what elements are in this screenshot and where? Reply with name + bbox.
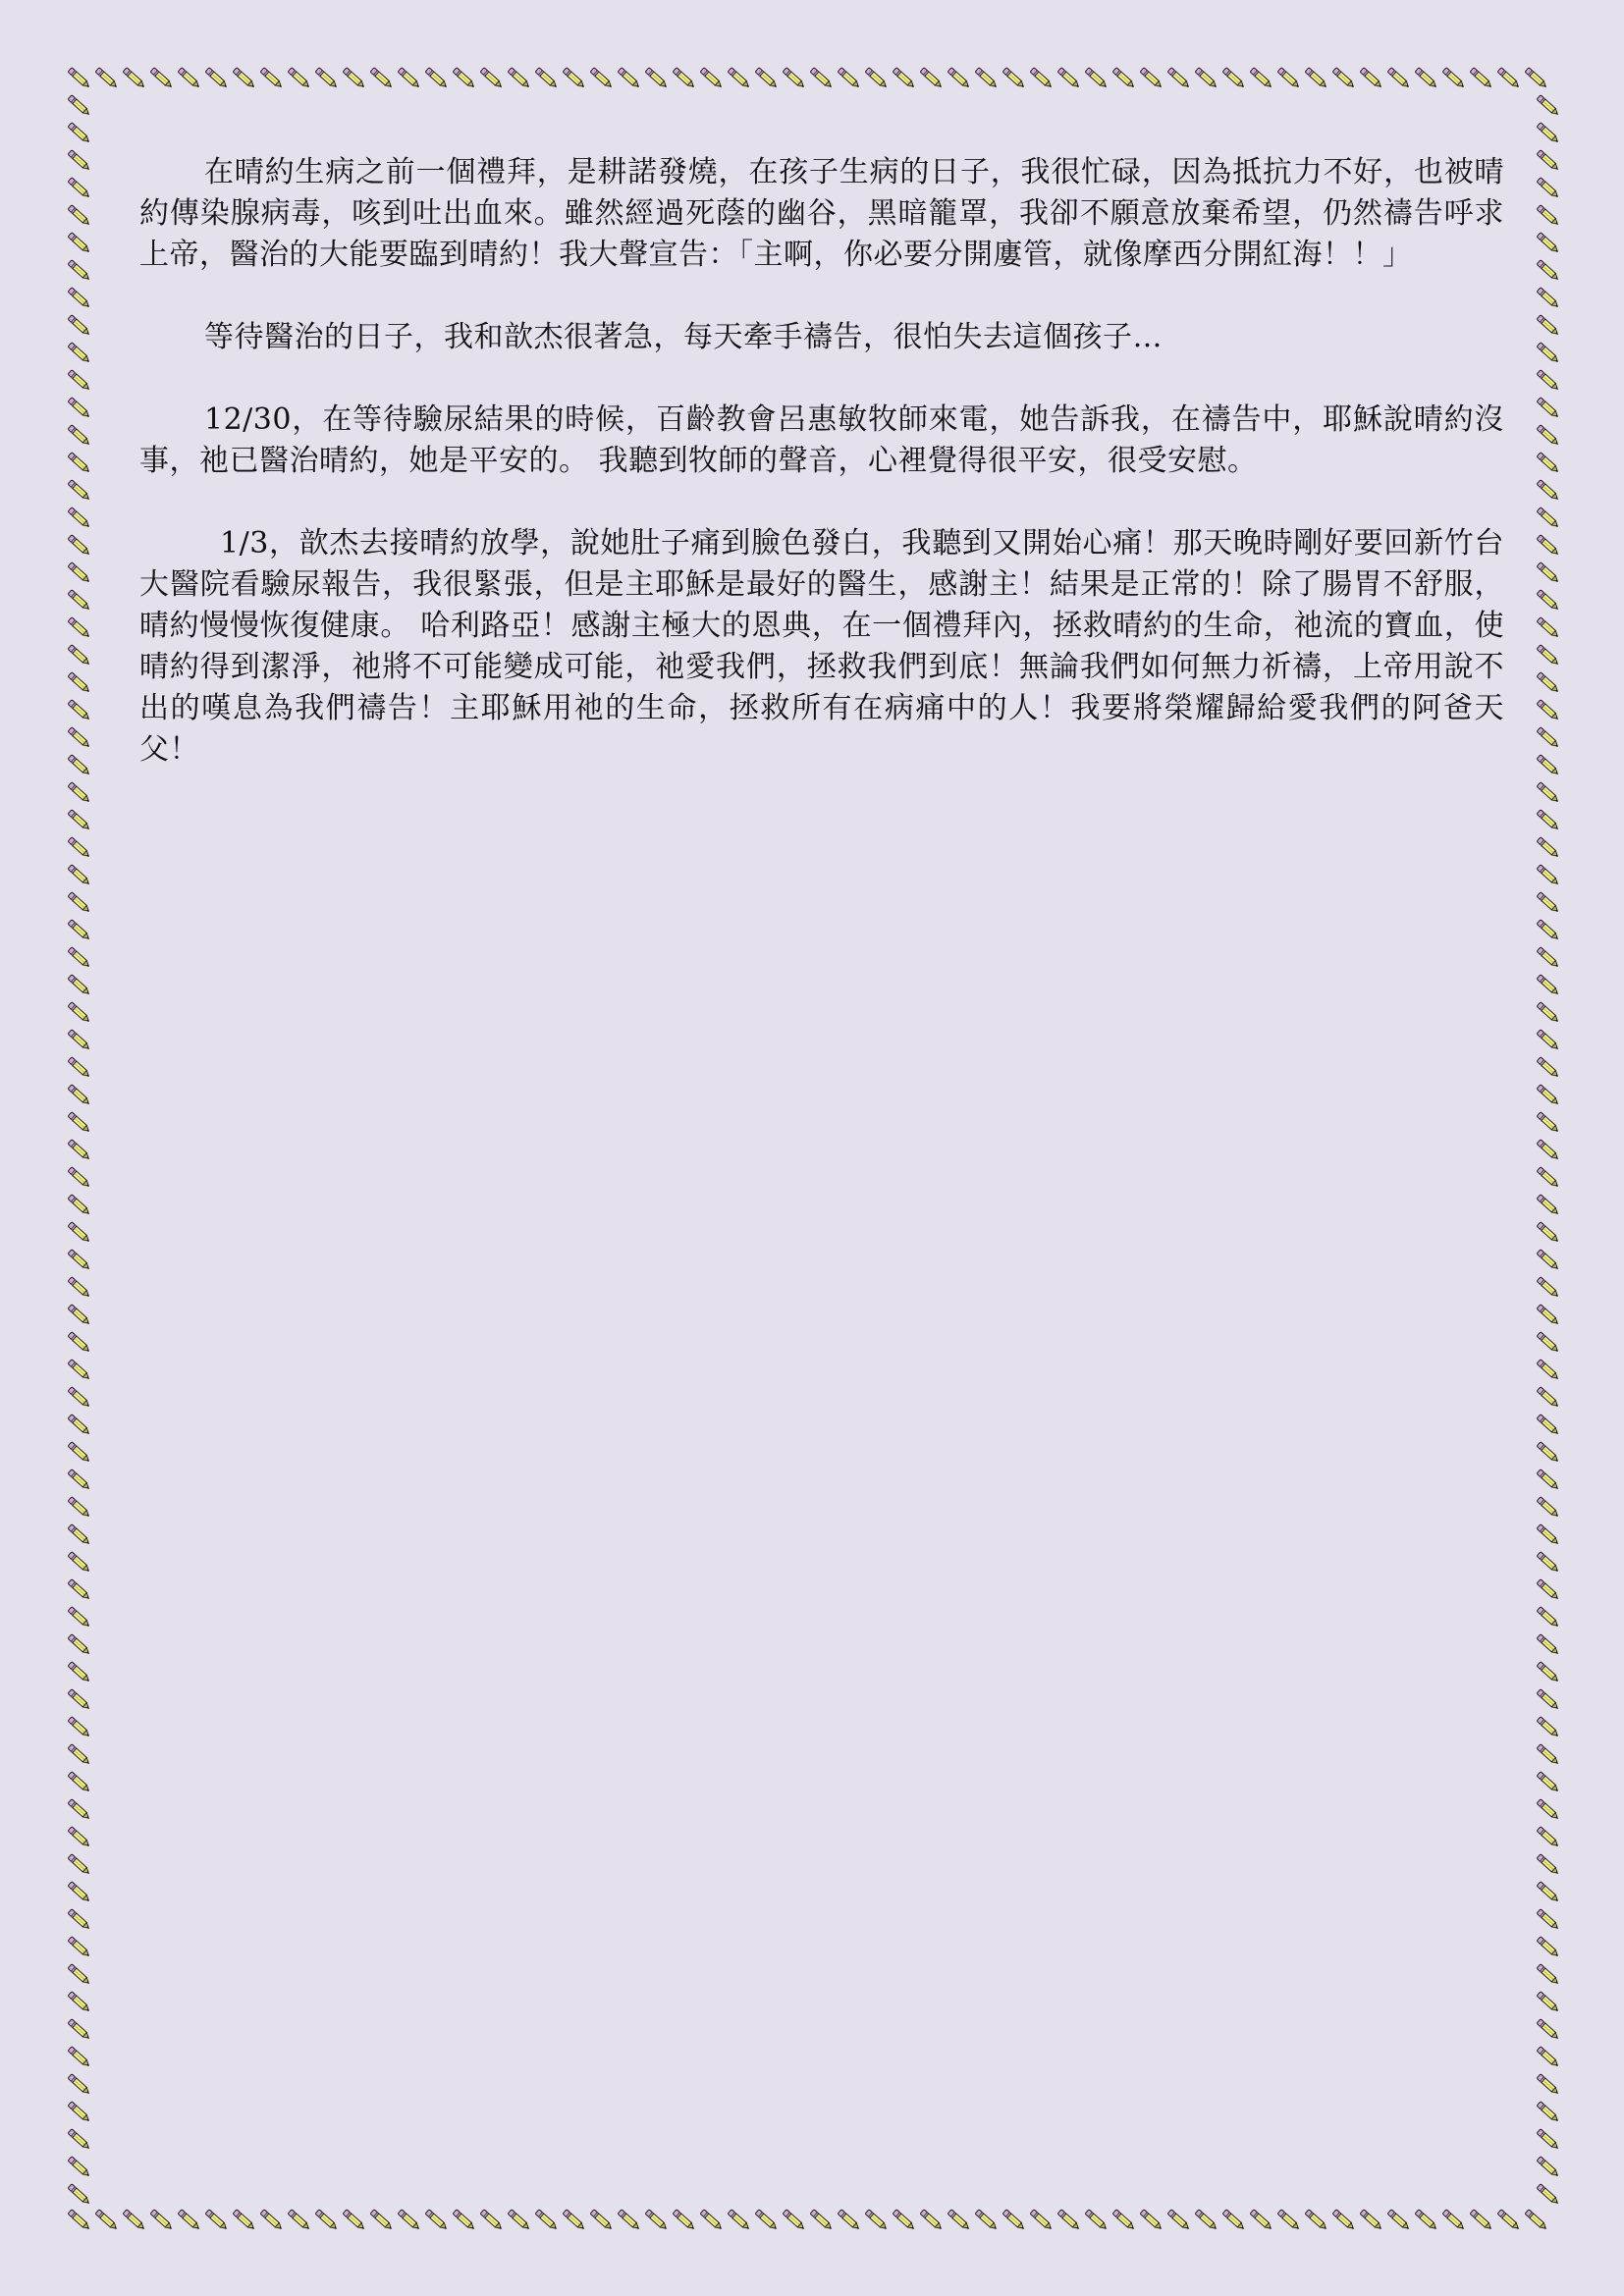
- pencil-icon: [65, 1219, 92, 1245]
- pencil-icon: [65, 367, 92, 393]
- pencil-icon: [890, 65, 917, 90]
- pencil-icon: [1534, 1494, 1561, 1520]
- pencil-icon: [780, 2207, 807, 2232]
- pencil-icon: [120, 65, 147, 90]
- pencil-icon: [65, 65, 92, 90]
- pencil-icon: [65, 1714, 92, 1739]
- pencil-icon: [1534, 395, 1561, 420]
- pencil-icon: [65, 202, 92, 228]
- pencil-icon: [65, 450, 92, 475]
- pencil-icon: [1534, 779, 1561, 805]
- pencil-icon: [972, 65, 1000, 90]
- pencil-icon: [1534, 724, 1561, 750]
- pencil-icon: [65, 779, 92, 805]
- pencil-icon: [65, 917, 92, 942]
- pencil-icon: [1329, 2207, 1357, 2232]
- pencil-icon: [1534, 1274, 1561, 1300]
- pencil-icon: [65, 505, 92, 530]
- pencil-icon: [1534, 1604, 1561, 1629]
- pencil-icon: [1534, 1054, 1561, 1080]
- pencil-icon: [807, 2207, 835, 2232]
- pencil-icon: [1534, 1329, 1561, 1355]
- pencil-icon: [92, 2207, 120, 2232]
- pencil-icon: [1534, 1741, 1561, 1767]
- pencil-icon: [1534, 1467, 1561, 1492]
- pencil-icon: [65, 1027, 92, 1052]
- pencil-icon: [560, 2207, 587, 2232]
- pencil-icon: [477, 65, 505, 90]
- pencil-icon: [1534, 312, 1561, 338]
- pencil-icon: [422, 65, 450, 90]
- pencil-icon: [1534, 147, 1561, 173]
- pencil-icon: [65, 1686, 92, 1712]
- pencil-icon: [1534, 917, 1561, 942]
- pencil-icon: [230, 65, 257, 90]
- pencil-icon: [1534, 1192, 1561, 1217]
- pencil-icon: [230, 2207, 257, 2232]
- pencil-icon: [65, 422, 92, 448]
- pencil-icon: [65, 395, 92, 420]
- paragraph-4: 1/3，歆杰去接晴約放學，說她肚子痛到臉色發白，我聽到又開始心痛！那天晚時剛好要…: [139, 523, 1504, 771]
- pencil-icon: [65, 1824, 92, 1849]
- pencil-icon: [1534, 202, 1561, 228]
- pencil-icon: [532, 2207, 560, 2232]
- pencil-icon: [1534, 999, 1561, 1025]
- pencil-icon: [1534, 1934, 1561, 1959]
- pencil-icon: [1534, 1109, 1561, 1135]
- pencil-icon: [65, 1522, 92, 1547]
- pencil-icon: [65, 642, 92, 667]
- pencil-icon: [972, 2207, 1000, 2232]
- paragraph-1: 在晴約生病之前一個禮拜，是耕諾發燒，在孩子生病的日子，我很忙碌，因為抵抗力不好，…: [139, 152, 1504, 276]
- pencil-icon: [1534, 2016, 1561, 2042]
- pencil-icon: [1164, 2207, 1192, 2232]
- pencil-icon: [65, 1164, 92, 1190]
- pencil-icon: [65, 1961, 92, 1987]
- pencil-icon: [65, 1192, 92, 1217]
- pencil-icon: [65, 2126, 92, 2152]
- pencil-icon: [65, 257, 92, 283]
- pencil-icon: [1534, 944, 1561, 970]
- pencil-icon: [1412, 65, 1439, 90]
- pencil-icon: [65, 560, 92, 585]
- pencil-icon: [1192, 65, 1219, 90]
- pencil-icon: [1522, 65, 1549, 90]
- pencil-icon: [477, 2207, 505, 2232]
- pencil-icon: [65, 1357, 92, 1382]
- pencil-icon: [1534, 422, 1561, 448]
- pencil-icon: [65, 1439, 92, 1465]
- pencil-icon: [1110, 65, 1137, 90]
- pencil-icon: [1357, 65, 1384, 90]
- pencil-icon: [1219, 65, 1247, 90]
- pencil-icon: [65, 2154, 92, 2179]
- paragraph-3: 12/30，在等待驗尿結果的時候，百齡教會呂惠敏牧師來電，她告訴我，在禱告中，耶…: [139, 400, 1504, 482]
- pencil-icon: [65, 230, 92, 255]
- pencil-icon: [1467, 65, 1494, 90]
- pencil-icon: [1522, 2207, 1549, 2232]
- pencil-icon: [1302, 65, 1329, 90]
- pencil-icon: [1534, 972, 1561, 997]
- pencil-icon: [65, 697, 92, 722]
- pencil-icon: [890, 2207, 917, 2232]
- pencil-icon: [615, 2207, 642, 2232]
- pencil-icon: [1534, 1522, 1561, 1547]
- pencil-icon: [65, 1054, 92, 1080]
- pencil-icon: [1534, 2071, 1561, 2097]
- pencil-icon: [1534, 1769, 1561, 1794]
- pencil-icon: [65, 2207, 92, 2232]
- pencil-icon: [1164, 65, 1192, 90]
- pencil-icon: [65, 285, 92, 310]
- pencil-icon: [587, 65, 615, 90]
- pencil-icon: [1467, 2207, 1494, 2232]
- pencil-icon: [1534, 367, 1561, 393]
- pencil-icon: [340, 65, 367, 90]
- pencil-icon: [1534, 1219, 1561, 1245]
- pencil-icon: [1534, 1631, 1561, 1657]
- pencil-icon: [1534, 1384, 1561, 1410]
- pencil-icon: [65, 862, 92, 887]
- pencil-icon: [1534, 175, 1561, 200]
- pencil-icon: [65, 477, 92, 503]
- pencil-icon: [65, 1274, 92, 1300]
- pencil-icon: [1274, 65, 1302, 90]
- pencil-icon: [147, 2207, 175, 2232]
- pencil-icon: [120, 2207, 147, 2232]
- pencil-icon: [532, 65, 560, 90]
- pencil-icon: [65, 1082, 92, 1107]
- pencil-icon: [1219, 2207, 1247, 2232]
- pencil-icon: [367, 2207, 395, 2232]
- pencil-icon: [65, 807, 92, 832]
- pencil-icon: [1534, 614, 1561, 640]
- pencil-icon: [65, 532, 92, 558]
- pencil-icon: [1534, 1549, 1561, 1575]
- pencil-icon: [65, 92, 92, 118]
- pencil-icon: [1000, 65, 1027, 90]
- pencil-icon: [1534, 1851, 1561, 1877]
- pencil-icon: [1329, 65, 1357, 90]
- pencil-icon: [1534, 697, 1561, 722]
- pencil-icon: [725, 2207, 752, 2232]
- pencil-icon: [65, 1384, 92, 1410]
- pencil-icon: [1534, 477, 1561, 503]
- pencil-icon: [65, 724, 92, 750]
- pencil-icon: [807, 65, 835, 90]
- pencil-icon: [1534, 505, 1561, 530]
- pencil-icon: [1534, 1686, 1561, 1712]
- pencil-icon: [1534, 2126, 1561, 2152]
- pencil-icon: [65, 2099, 92, 2124]
- pencil-icon: [65, 1989, 92, 2014]
- pencil-icon: [65, 1576, 92, 1602]
- pencil-icon: [1082, 2207, 1110, 2232]
- pencil-icon: [422, 2207, 450, 2232]
- pencil-icon: [65, 1631, 92, 1657]
- pencil-icon: [1534, 1439, 1561, 1465]
- pencil-icon: [257, 2207, 285, 2232]
- pencil-icon: [945, 2207, 972, 2232]
- pencil-icon: [505, 2207, 532, 2232]
- pencil-icon: [65, 1604, 92, 1629]
- pencil-icon: [65, 834, 92, 860]
- pencil-icon: [450, 65, 477, 90]
- pencil-icon: [65, 147, 92, 173]
- pencil-icon: [1534, 1796, 1561, 1822]
- pencil-icon: [752, 65, 780, 90]
- pencil-icon: [65, 312, 92, 338]
- pencil-icon: [65, 1247, 92, 1272]
- pencil-icon: [1534, 1412, 1561, 1437]
- pencil-icon: [65, 587, 92, 613]
- pencil-icon: [835, 2207, 862, 2232]
- pencil-icon: [450, 2207, 477, 2232]
- pencil-icon: [1000, 2207, 1027, 2232]
- pencil-icon: [65, 669, 92, 695]
- pencil-icon: [1534, 560, 1561, 585]
- pencil-icon: [1534, 1164, 1561, 1190]
- pencil-icon: [1055, 2207, 1082, 2232]
- paragraph-2: 等待醫治的日子，我和歆杰很著急，每天牽手禱告，很怕失去這個孩子…: [139, 317, 1504, 358]
- pencil-icon: [1027, 2207, 1055, 2232]
- pencil-icon: [752, 2207, 780, 2232]
- pencil-icon: [1247, 2207, 1274, 2232]
- pencil-icon: [1384, 2207, 1412, 2232]
- pencil-icon: [65, 1769, 92, 1794]
- pencil-icon: [1357, 2207, 1384, 2232]
- pencil-icon: [1534, 450, 1561, 475]
- pencil-icon: [1534, 1906, 1561, 1932]
- pencil-icon: [1534, 1302, 1561, 1327]
- pencil-icon: [1534, 92, 1561, 118]
- document-body: 在晴約生病之前一個禮拜，是耕諾發燒，在孩子生病的日子，我很忙碌，因為抵抗力不好，…: [139, 152, 1504, 812]
- pencil-icon: [1534, 230, 1561, 255]
- pencil-icon: [945, 65, 972, 90]
- pencil-icon: [1534, 1961, 1561, 1987]
- pencil-icon: [1534, 752, 1561, 777]
- pencil-icon: [175, 2207, 202, 2232]
- pencil-icon: [65, 1659, 92, 1684]
- pencil-icon: [65, 614, 92, 640]
- pencil-icon: [917, 65, 945, 90]
- pencil-icon: [312, 2207, 340, 2232]
- pencil-icon: [395, 2207, 422, 2232]
- pencil-icon: [175, 65, 202, 90]
- pencil-icon: [670, 2207, 697, 2232]
- pencil-icon: [780, 65, 807, 90]
- pencil-icon: [312, 65, 340, 90]
- pencil-icon: [1534, 1027, 1561, 1052]
- pencil-icon: [65, 1906, 92, 1932]
- pencil-icon: [505, 65, 532, 90]
- pencil-icon: [1534, 285, 1561, 310]
- pencil-icon: [1534, 834, 1561, 860]
- pencil-icon: [560, 65, 587, 90]
- pencil-icon: [670, 65, 697, 90]
- pencil-icon: [65, 1934, 92, 1959]
- pencil-icon: [65, 1329, 92, 1355]
- pencil-icon: [202, 2207, 230, 2232]
- pencil-icon: [1412, 2207, 1439, 2232]
- pencil-icon: [1534, 862, 1561, 887]
- pencil-icon: [65, 2016, 92, 2042]
- pencil-icon: [367, 65, 395, 90]
- pencil-icon: [1534, 532, 1561, 558]
- pencil-icon: [65, 1796, 92, 1822]
- pencil-icon: [65, 175, 92, 200]
- pencil-icon: [65, 1851, 92, 1877]
- pencil-icon: [1534, 1989, 1561, 2014]
- pencil-icon: [1192, 2207, 1219, 2232]
- pencil-icon: [1274, 2207, 1302, 2232]
- pencil-icon: [1534, 889, 1561, 915]
- pencil-icon: [65, 1302, 92, 1327]
- pencil-icon: [1534, 1137, 1561, 1162]
- pencil-icon: [65, 340, 92, 365]
- pencil-icon: [1534, 1879, 1561, 1904]
- pencil-icon: [587, 2207, 615, 2232]
- pencil-icon: [862, 2207, 890, 2232]
- pencil-icon: [697, 2207, 725, 2232]
- pencil-icon: [1534, 1082, 1561, 1107]
- pencil-icon: [1534, 340, 1561, 365]
- pencil-icon: [65, 1549, 92, 1575]
- pencil-icon: [1534, 2099, 1561, 2124]
- pencil-icon: [835, 65, 862, 90]
- pencil-icon: [285, 65, 312, 90]
- pencil-icon: [1534, 2154, 1561, 2179]
- pencil-icon: [65, 120, 92, 145]
- pencil-icon: [1534, 120, 1561, 145]
- pencil-icon: [1534, 642, 1561, 667]
- pencil-icon: [1110, 2207, 1137, 2232]
- pencil-icon: [1534, 1659, 1561, 1684]
- pencil-icon: [65, 1467, 92, 1492]
- pencil-icon: [92, 65, 120, 90]
- pencil-icon: [65, 944, 92, 970]
- pencil-icon: [1534, 257, 1561, 283]
- pencil-icon: [1534, 2181, 1561, 2207]
- pencil-icon: [1302, 2207, 1329, 2232]
- pencil-icon: [1534, 669, 1561, 695]
- pencil-icon: [65, 1137, 92, 1162]
- pencil-icon: [1534, 587, 1561, 613]
- pencil-icon: [65, 2071, 92, 2097]
- pencil-icon: [1137, 2207, 1164, 2232]
- pencil-icon: [65, 999, 92, 1025]
- pencil-icon: [1534, 1824, 1561, 1849]
- pencil-icon: [1534, 1576, 1561, 1602]
- pencil-icon: [257, 65, 285, 90]
- pencil-icon: [65, 1494, 92, 1520]
- pencil-icon: [1384, 65, 1412, 90]
- pencil-icon: [395, 65, 422, 90]
- pencil-icon: [697, 65, 725, 90]
- pencil-icon: [1534, 1247, 1561, 1272]
- pencil-icon: [1494, 2207, 1522, 2232]
- pencil-icon: [65, 1109, 92, 1135]
- pencil-icon: [65, 2181, 92, 2207]
- pencil-icon: [1137, 65, 1164, 90]
- pencil-icon: [1439, 2207, 1467, 2232]
- pencil-icon: [65, 1879, 92, 1904]
- pencil-icon: [1082, 65, 1110, 90]
- pencil-icon: [1439, 65, 1467, 90]
- pencil-icon: [1534, 1714, 1561, 1739]
- pencil-icon: [615, 65, 642, 90]
- pencil-icon: [1534, 2044, 1561, 2069]
- pencil-icon: [340, 2207, 367, 2232]
- pencil-icon: [1534, 1357, 1561, 1382]
- pencil-icon: [1247, 65, 1274, 90]
- pencil-icon: [65, 889, 92, 915]
- pencil-icon: [65, 972, 92, 997]
- pencil-icon: [642, 65, 670, 90]
- pencil-icon: [65, 752, 92, 777]
- pencil-icon: [65, 1412, 92, 1437]
- pencil-icon: [285, 2207, 312, 2232]
- pencil-icon: [1494, 65, 1522, 90]
- pencil-icon: [725, 65, 752, 90]
- pencil-icon: [65, 2044, 92, 2069]
- pencil-icon: [917, 2207, 945, 2232]
- pencil-icon: [1027, 65, 1055, 90]
- pencil-icon: [642, 2207, 670, 2232]
- pencil-icon: [202, 65, 230, 90]
- pencil-icon: [65, 1741, 92, 1767]
- pencil-icon: [1534, 807, 1561, 832]
- pencil-icon: [147, 65, 175, 90]
- pencil-icon: [862, 65, 890, 90]
- pencil-icon: [1055, 65, 1082, 90]
